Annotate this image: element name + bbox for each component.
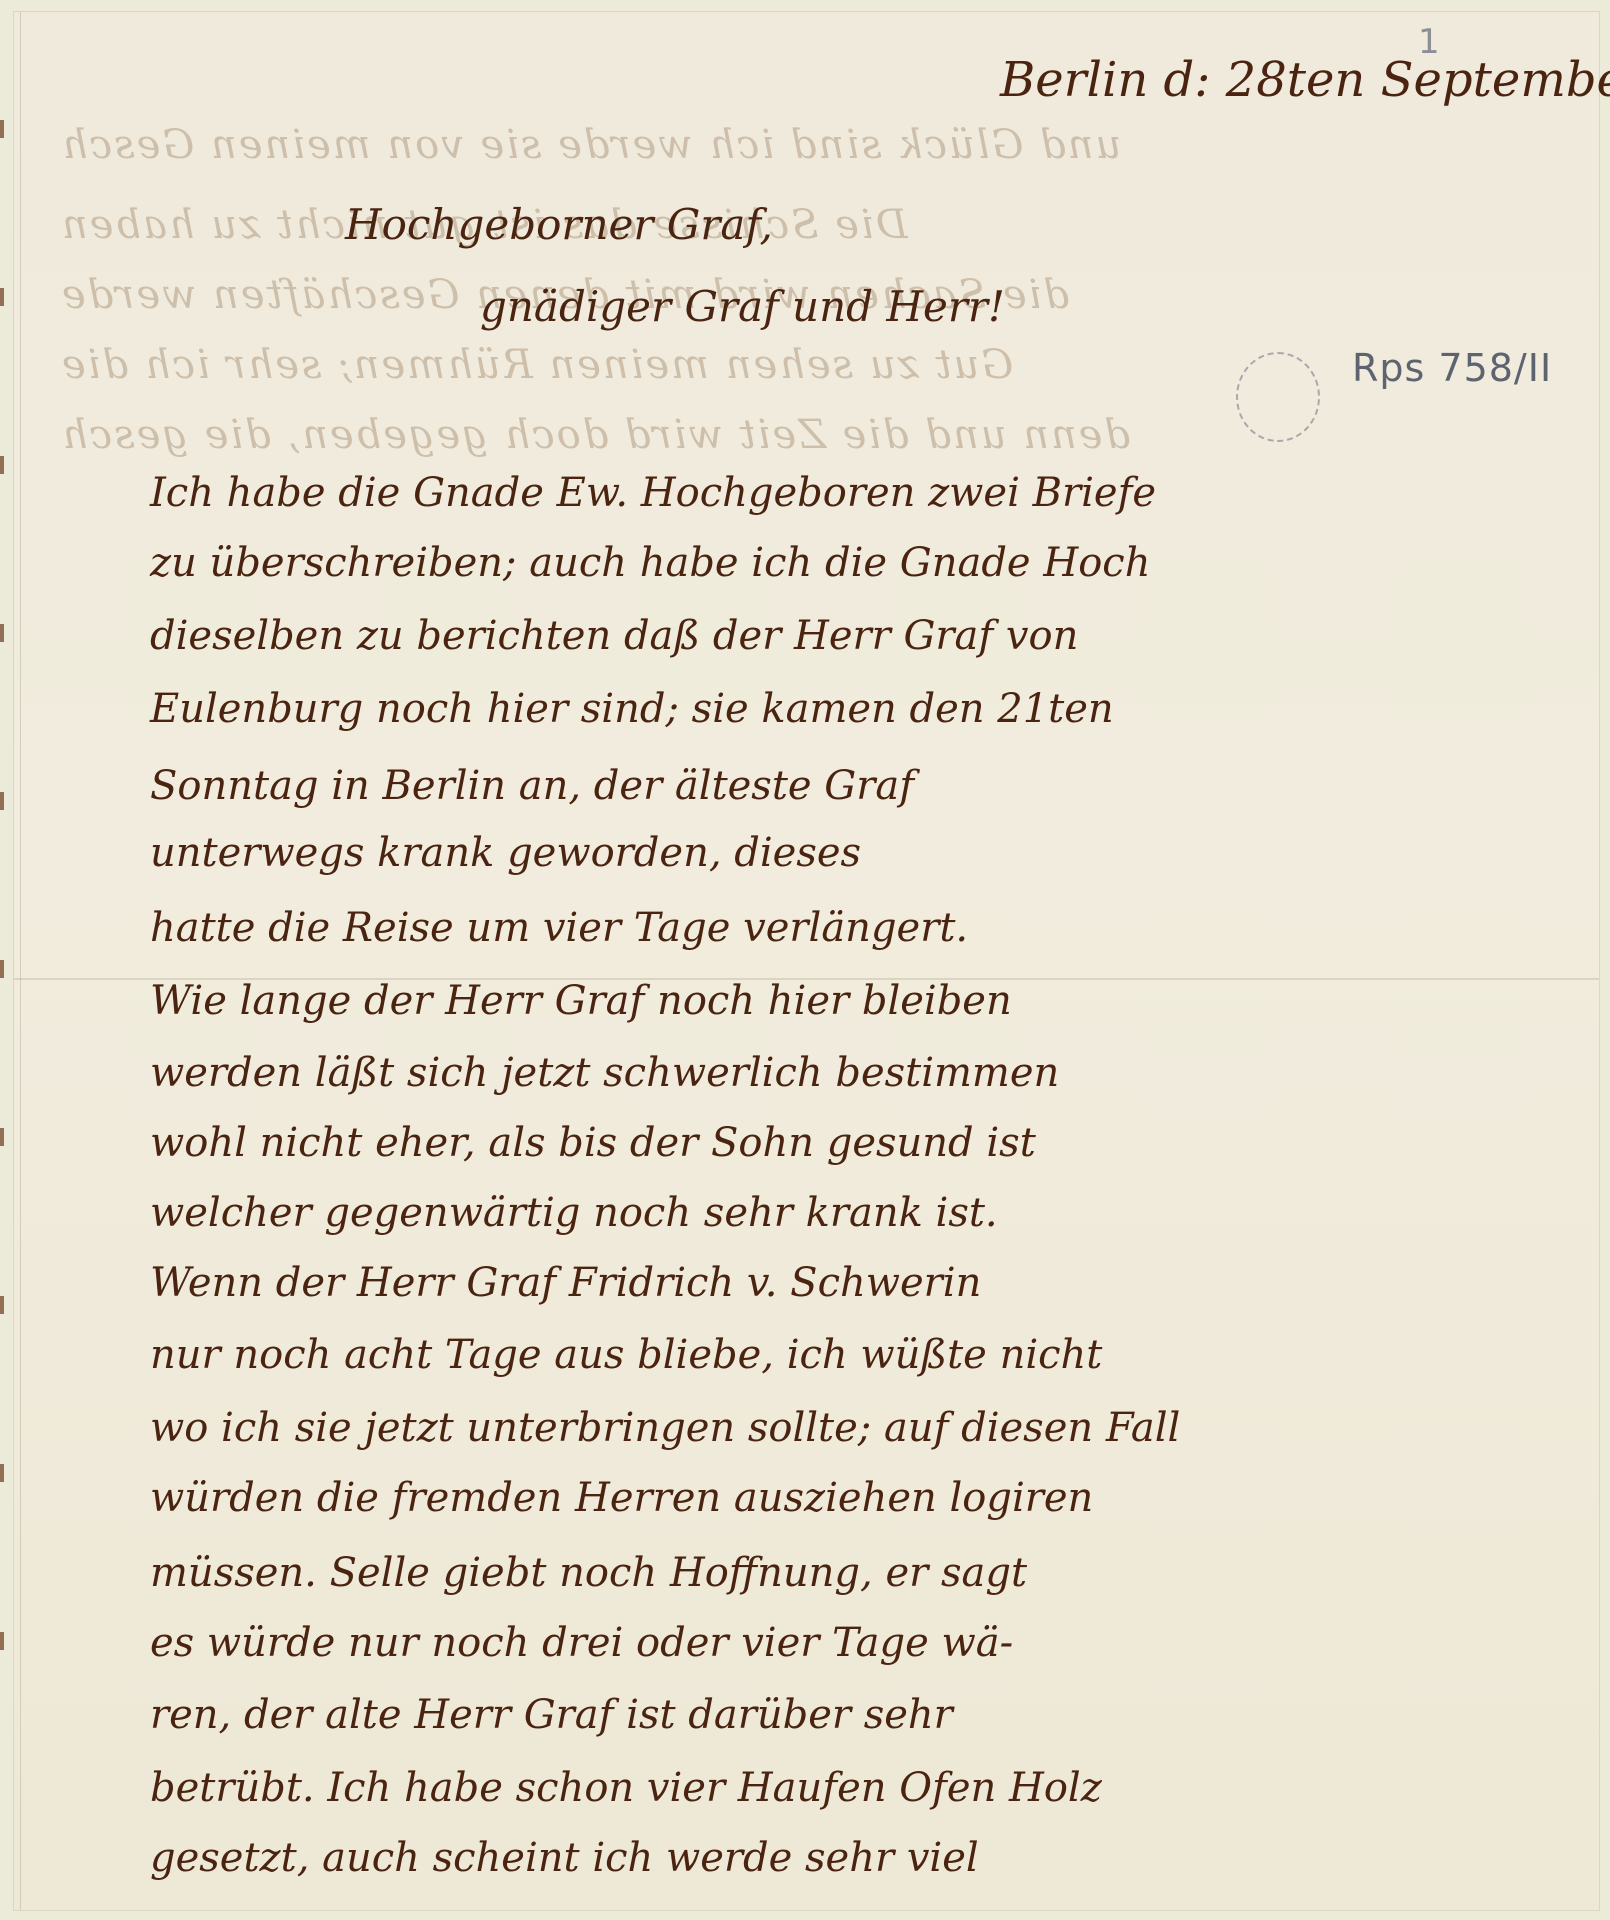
sheet-left-edge bbox=[20, 12, 21, 1910]
letter-line: müssen. Selle giebt noch Hoffnung, er sa… bbox=[150, 1550, 1027, 1596]
library-stamp bbox=[1236, 352, 1320, 442]
letter-line: wo ich sie jetzt unterbringen sollte; au… bbox=[150, 1405, 1180, 1451]
letter-line: hatte die Reise um vier Tage verlängert. bbox=[150, 905, 968, 951]
left-margin-ink-marks bbox=[0, 120, 10, 1620]
letter-line: wohl nicht eher, als bis der Sohn gesund… bbox=[150, 1120, 1036, 1166]
bleed-through-line: Gut zu sehen meinen Rühmen; sehr ich die bbox=[60, 342, 1013, 388]
letter-line: es würde nur noch drei oder vier Tage wä… bbox=[150, 1620, 1013, 1666]
bleed-through-line: denn und die Zeit wird doch gegeben, die… bbox=[60, 412, 1130, 458]
letter-line: würden die fremden Herren ausziehen logi… bbox=[150, 1475, 1093, 1521]
salutation-line-1: Hochgeborner Graf, bbox=[345, 200, 773, 249]
letter-line: Wenn der Herr Graf Fridrich v. Schwerin bbox=[150, 1260, 981, 1306]
letter-line: Sonntag in Berlin an, der älteste Graf bbox=[150, 763, 914, 809]
letter-line: Ich habe die Gnade Ew. Hochgeboren zwei … bbox=[150, 470, 1156, 516]
letter-line: Wie lange der Herr Graf noch hier bleibe… bbox=[150, 978, 1012, 1024]
letter-line: ren, der alte Herr Graf ist darüber sehr bbox=[150, 1692, 953, 1738]
salutation-line-2: gnädiger Graf und Herr! bbox=[480, 282, 1005, 331]
letter-line: nur noch acht Tage aus bliebe, ich wüßte… bbox=[150, 1332, 1102, 1378]
shelfmark: Rps 758/II bbox=[1352, 346, 1552, 390]
bleed-through-line: und Glück sind ich werde sie von meinen … bbox=[60, 122, 1121, 168]
letter-line: gesetzt, auch scheint ich werde sehr vie… bbox=[150, 1835, 979, 1881]
letter-line: zu überschreiben; auch habe ich die Gnad… bbox=[150, 540, 1150, 586]
letter-line: Eulenburg noch hier sind; sie kamen den … bbox=[150, 686, 1114, 732]
letter-line: welcher gegenwärtig noch sehr krank ist. bbox=[150, 1190, 998, 1236]
dateline: Berlin d: 28ten September bbox=[1000, 52, 1610, 108]
letter-line: unterwegs krank geworden, dieses bbox=[150, 830, 861, 876]
letter-line: dieselben zu berichten daß der Herr Graf… bbox=[150, 613, 1078, 659]
letter-line: betrübt. Ich habe schon vier Haufen Ofen… bbox=[150, 1765, 1102, 1811]
letter-line: werden läßt sich jetzt schwerlich bestim… bbox=[150, 1050, 1059, 1096]
